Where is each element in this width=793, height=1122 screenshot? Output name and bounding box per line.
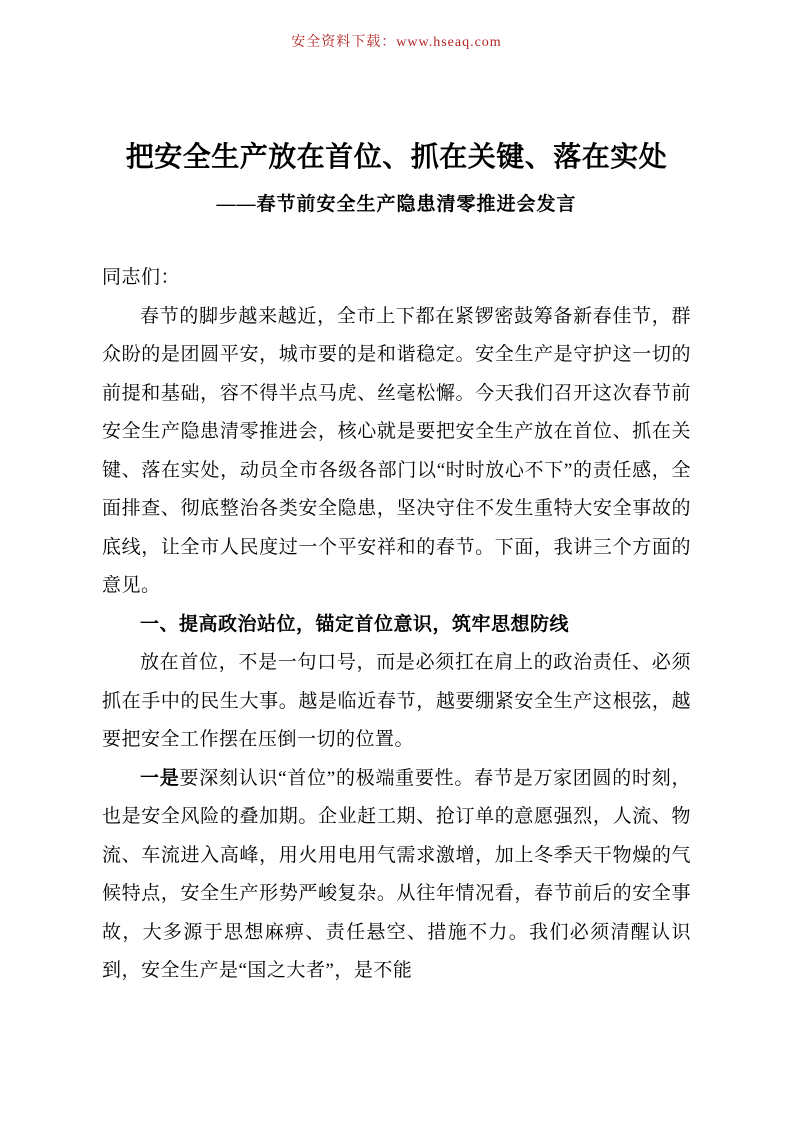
site-notice: 安全资料下载：www.hseaq.com — [0, 0, 793, 51]
document-title: 把安全生产放在首位、抓在关键、落在实处 — [0, 137, 793, 177]
salutation: 同志们： — [102, 259, 691, 298]
point-1-lead: 一是 — [140, 768, 179, 789]
paragraph-opening: 春节的脚步越来越近，全市上下都在紧锣密鼓筹备新春佳节，群众盼的是团圆平安，城市要… — [102, 298, 691, 606]
document-body: 同志们： 春节的脚步越来越近，全市上下都在紧锣密鼓筹备新春佳节，群众盼的是团圆平… — [102, 259, 691, 991]
section-heading-1: 一、提高政治站位，锚定首位意识，筑牢思想防线 — [102, 606, 691, 645]
paragraph-section1-intro: 放在首位，不是一句口号，而是必须扛在肩上的政治责任、必须抓在手中的民生大事。越是… — [102, 644, 691, 760]
paragraph-point-1: 一是要深刻认识“首位”的极端重要性。春节是万家团圆的时刻，也是安全风险的叠加期。… — [102, 760, 691, 991]
document-subtitle: ——春节前安全生产隐患清零推进会发言 — [0, 190, 793, 220]
point-1-text: 要深刻认识“首位”的极端重要性。春节是万家团圆的时刻，也是安全风险的叠加期。企业… — [102, 768, 691, 982]
document-page: 安全资料下载：www.hseaq.com 把安全生产放在首位、抓在关键、落在实处… — [0, 0, 793, 1122]
